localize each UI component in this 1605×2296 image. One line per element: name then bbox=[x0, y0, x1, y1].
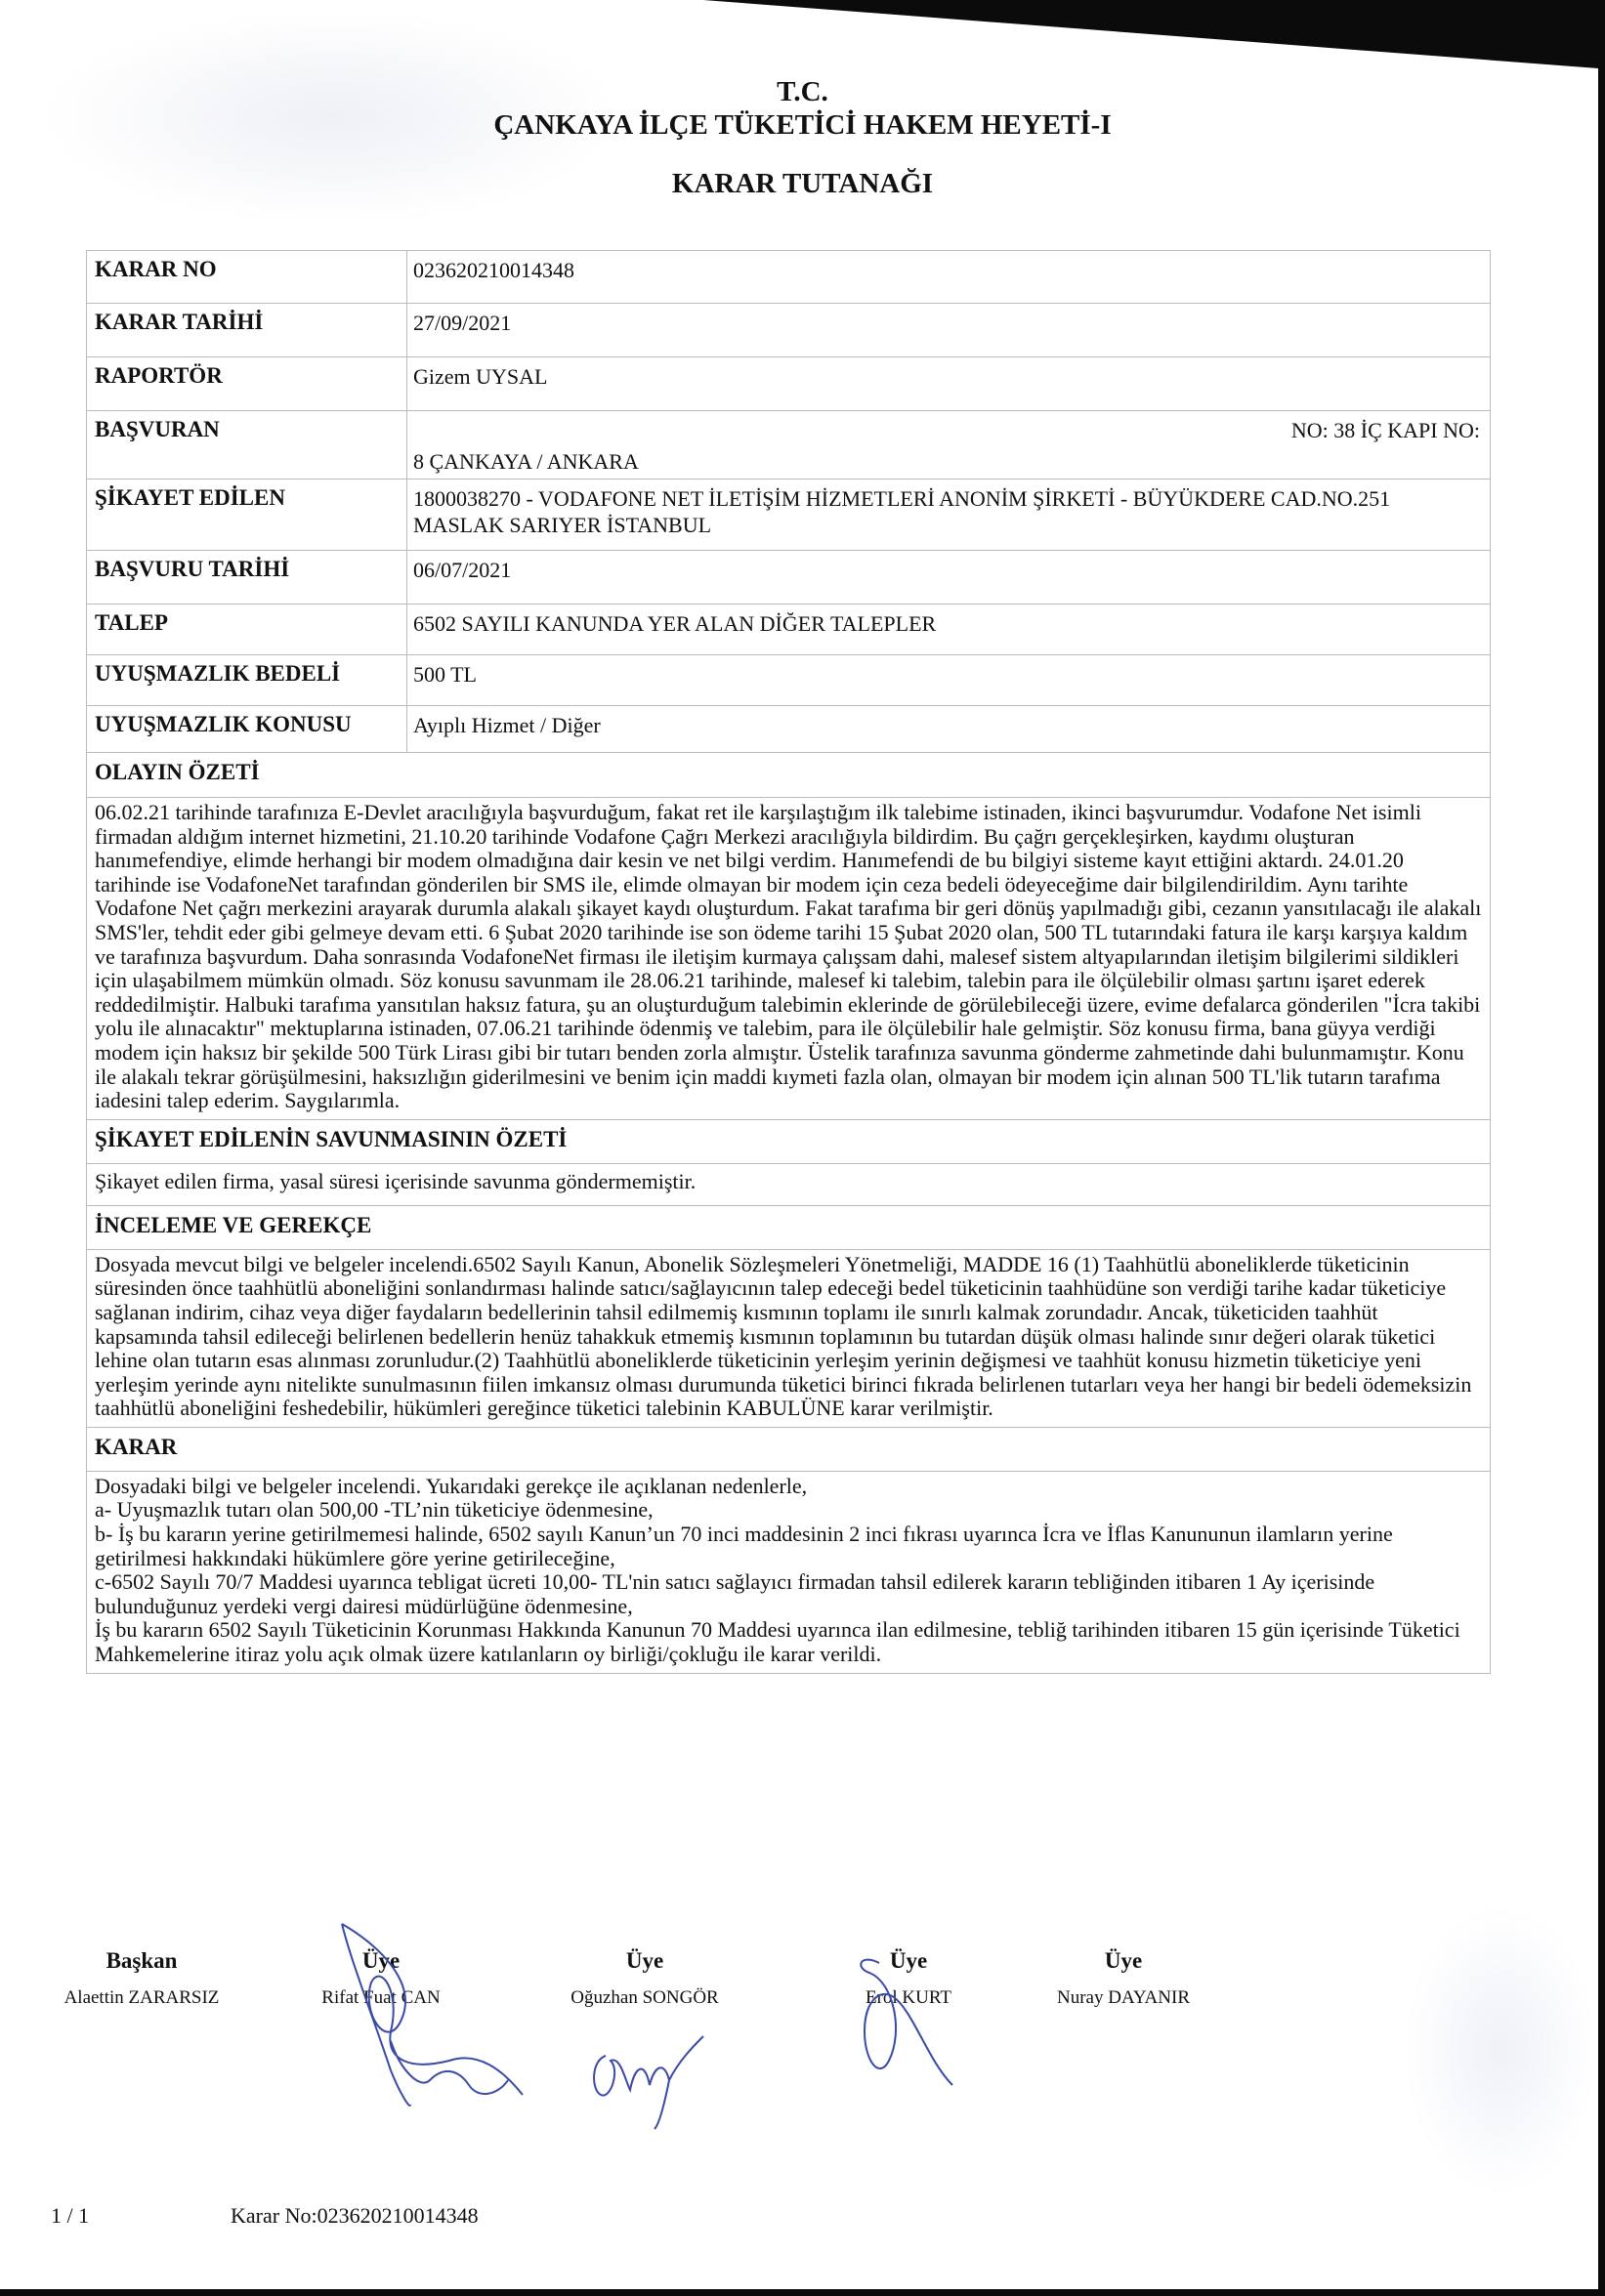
section-title-karar: KARAR bbox=[87, 1428, 1490, 1471]
row-uyusmazlik-konusu: UYUŞMAZLIK KONUSU Ayıplı Hizmet / Diğer bbox=[86, 705, 1491, 752]
section-title-inceleme-gerekce: İNCELEME VE GEREKÇE bbox=[87, 1206, 1490, 1249]
label-karar-no: KARAR NO bbox=[87, 251, 407, 303]
value-basvuru-tarihi: 06/07/2021 bbox=[407, 551, 1490, 604]
value-karar-tarihi: 27/09/2021 bbox=[407, 304, 1490, 356]
label-sikayet-edilen: ŞİKAYET EDİLEN bbox=[87, 480, 407, 550]
label-raportor: RAPORTÖR bbox=[87, 357, 407, 410]
row-basvuran: BAŞVURAN NO: 38 İÇ KAPI NO: 8 ÇANKAYA / … bbox=[86, 410, 1491, 479]
section-karar-header: KARAR bbox=[86, 1427, 1491, 1471]
signatory-role: Üye bbox=[996, 1948, 1250, 1987]
label-karar-tarihi: KARAR TARİHİ bbox=[87, 304, 407, 356]
section-karar-body: Dosyadaki bilgi ve belgeler incelendi. Y… bbox=[86, 1471, 1491, 1674]
section-inceleme-header: İNCELEME VE GEREKÇE bbox=[86, 1205, 1491, 1249]
signatory-uye-2: Üye Oğuzhan SONGÖR bbox=[518, 1948, 772, 2009]
value-karar-no: 023620210014348 bbox=[407, 251, 1490, 303]
basvuran-address: 8 ÇANKAYA / ANKARA bbox=[413, 448, 639, 475]
karar-line-a: a- Uyuşmazlık tutarı olan 500,00 -TL’nin… bbox=[95, 1498, 1482, 1523]
karar-line-b: b- İş bu kararın yerine getirilmemesi ha… bbox=[95, 1523, 1482, 1570]
value-raportor: Gizem UYSAL bbox=[407, 357, 1490, 410]
value-talep: 6502 SAYILI KANUNDA YER ALAN DİĞER TALEP… bbox=[407, 605, 1490, 654]
karar-line-intro: Dosyadaki bilgi ve belgeler incelendi. Y… bbox=[95, 1475, 1482, 1499]
row-basvuru-tarihi: BAŞVURU TARİHİ 06/07/2021 bbox=[86, 550, 1491, 604]
signature-area: Başkan Alaettin ZARARSIZ Üye Rifat Fuat … bbox=[0, 1948, 1605, 2144]
label-basvuru-tarihi: BAŞVURU TARİHİ bbox=[87, 551, 407, 604]
row-raportor: RAPORTÖR Gizem UYSAL bbox=[86, 356, 1491, 410]
signatory-name: Nuray DAYANIR bbox=[996, 1987, 1250, 2009]
row-karar-no: KARAR NO 023620210014348 bbox=[86, 250, 1491, 303]
signatory-name: Alaettin ZARARSIZ bbox=[15, 1987, 269, 2009]
row-sikayet-edilen: ŞİKAYET EDİLEN 1800038270 - VODAFONE NET… bbox=[86, 479, 1491, 550]
section-savunma-body: Şikayet edilen firma, yasal süresi içeri… bbox=[86, 1163, 1491, 1205]
institution-title: ÇANKAYA İLÇE TÜKETİCİ HAKEM HEYETİ-I bbox=[0, 109, 1605, 142]
section-inceleme-body: Dosyada mevcut bilgi ve belgeler incelen… bbox=[86, 1249, 1491, 1427]
value-sikayet-edilen: 1800038270 - VODAFONE NET İLETİŞİM HİZME… bbox=[407, 480, 1490, 550]
label-basvuran: BAŞVURAN bbox=[87, 411, 407, 479]
footer-karar-no: Karar No:023620210014348 bbox=[231, 2203, 479, 2229]
value-uyusmazlik-bedeli: 500 TL bbox=[407, 655, 1490, 705]
signatory-role: Üye bbox=[518, 1948, 772, 1987]
row-talep: TALEP 6502 SAYILI KANUNDA YER ALAN DİĞER… bbox=[86, 604, 1491, 654]
value-uyusmazlik-konusu: Ayıplı Hizmet / Diğer bbox=[407, 706, 1490, 752]
signature-oguzhan-songor-icon bbox=[586, 2036, 723, 2134]
signatory-name: Oğuzhan SONGÖR bbox=[518, 1987, 772, 2009]
header-tc: T.C. bbox=[0, 76, 1605, 108]
row-karar-tarihi: KARAR TARİHİ 27/09/2021 bbox=[86, 303, 1491, 356]
signatory-role: Başkan bbox=[15, 1948, 269, 1987]
basvuran-door-no: NO: 38 İÇ KAPI NO: bbox=[1291, 417, 1480, 443]
value-basvuran: NO: 38 İÇ KAPI NO: 8 ÇANKAYA / ANKARA bbox=[407, 411, 1490, 479]
section-olayin-ozeti-body: 06.02.21 tarihinde tarafınıza E-Devlet a… bbox=[86, 797, 1491, 1119]
label-talep: TALEP bbox=[87, 605, 407, 654]
karar-line-c: c-6502 Sayılı 70/7 Maddesi uyarınca tebl… bbox=[95, 1570, 1482, 1618]
signatory-uye-4: Üye Nuray DAYANIR bbox=[996, 1948, 1250, 2009]
savunma-ozeti-text: Şikayet edilen firma, yasal süresi içeri… bbox=[87, 1164, 1490, 1205]
signature-erol-kurt-icon bbox=[850, 1953, 977, 2100]
label-uyusmazlik-konusu: UYUŞMAZLIK KONUSU bbox=[87, 706, 407, 752]
document-title: KARAR TUTANAĞI bbox=[0, 168, 1605, 200]
section-olayin-ozeti-header: OLAYIN ÖZETİ bbox=[86, 752, 1491, 797]
decision-info-table: KARAR NO 023620210014348 KARAR TARİHİ 27… bbox=[86, 250, 1491, 1674]
signature-rifat-fuat-can-icon bbox=[332, 1924, 547, 2119]
karar-line-ilan: İş bu kararın 6502 Sayılı Tüketicinin Ko… bbox=[95, 1618, 1482, 1666]
olayin-ozeti-text: 06.02.21 tarihinde tarafınıza E-Devlet a… bbox=[87, 798, 1490, 1119]
section-title-olayin-ozeti: OLAYIN ÖZETİ bbox=[87, 753, 1490, 797]
row-uyusmazlik-bedeli: UYUŞMAZLIK BEDELİ 500 TL bbox=[86, 654, 1491, 705]
label-uyusmazlik-bedeli: UYUŞMAZLIK BEDELİ bbox=[87, 655, 407, 705]
signatory-baskan: Başkan Alaettin ZARARSIZ bbox=[15, 1948, 269, 2009]
section-savunma-header: ŞİKAYET EDİLENİN SAVUNMASININ ÖZETİ bbox=[86, 1119, 1491, 1163]
section-title-savunma-ozeti: ŞİKAYET EDİLENİN SAVUNMASININ ÖZETİ bbox=[87, 1120, 1490, 1163]
inceleme-gerekce-text: Dosyada mevcut bilgi ve belgeler incelen… bbox=[87, 1250, 1490, 1427]
footer-page-number: 1 / 1 bbox=[51, 2203, 89, 2229]
karar-text: Dosyadaki bilgi ve belgeler incelendi. Y… bbox=[87, 1472, 1490, 1673]
